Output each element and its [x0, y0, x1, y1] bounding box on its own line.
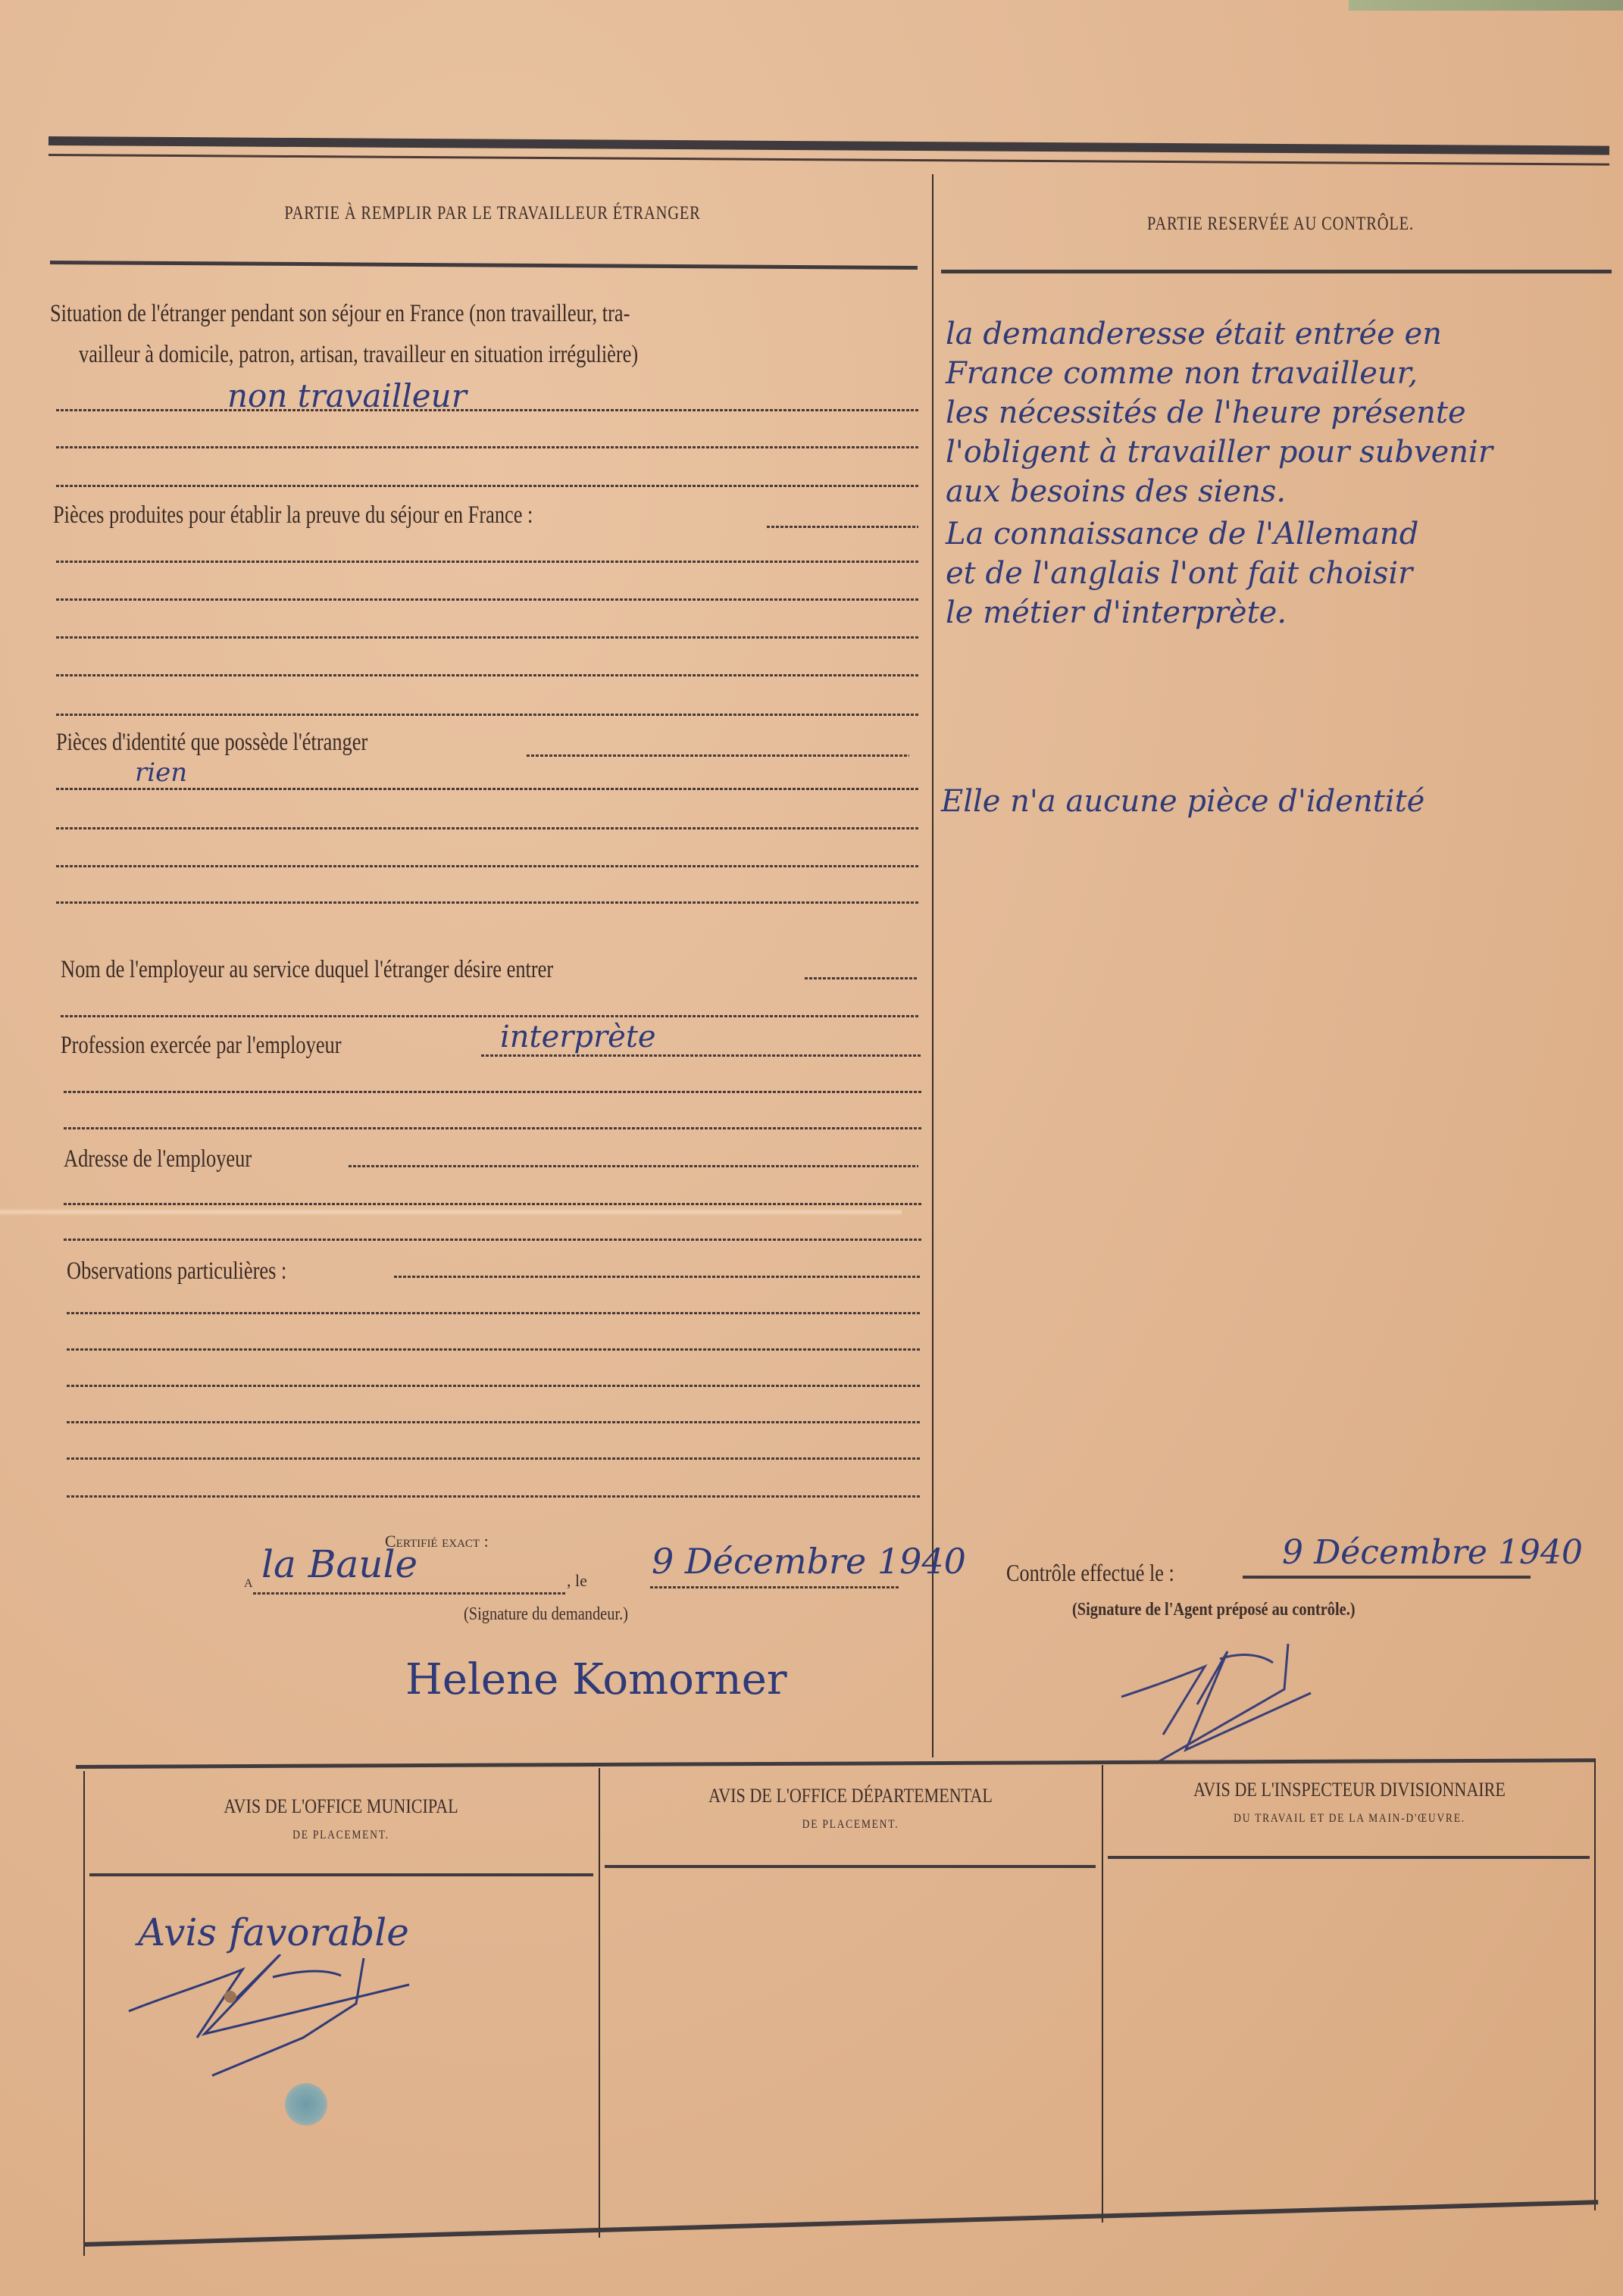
control-date-line [1243, 1576, 1531, 1579]
top-rule-thin [48, 154, 1609, 166]
certification-place[interactable]: la Baule [261, 1542, 417, 1586]
right-section-heading: PARTIE RESERVÉE AU CONTRÔLE. [1007, 214, 1554, 235]
box2-subtitle: DE PLACEMENT. [643, 1818, 1058, 1832]
profession-line-1 [64, 1091, 923, 1093]
observations-line-1 [67, 1312, 921, 1314]
situation-line-2 [56, 446, 920, 448]
agent-signature [1114, 1636, 1364, 1765]
observations-line-3 [67, 1385, 921, 1387]
blue-stain [285, 2083, 327, 2126]
pieces-identite-line-4 [56, 901, 920, 904]
box2-head-rule [605, 1865, 1096, 1868]
control-note-line: les nécessités de l'heure présente [946, 395, 1466, 430]
bottom-box-divider-1 [599, 1768, 600, 2238]
pieces-identite-line-3 [56, 865, 920, 867]
profession-value[interactable]: interprète [500, 1020, 656, 1054]
box3-head-rule [1108, 1856, 1590, 1859]
box1-title: AVIS DE L'OFFICE MUNICIPAL [224, 1795, 458, 1817]
profession-line-0 [481, 1054, 921, 1057]
pieces-sejour-line-5 [56, 714, 920, 716]
observations-label: Observations particulières : [67, 1257, 286, 1285]
background-folder-edge [1349, 0, 1623, 11]
bottom-box-divider-2 [1102, 1765, 1103, 2223]
control-note-line: France comme non travailleur, [946, 356, 1418, 391]
pieces-sejour-label: Pièces produites pour établir la preuve … [53, 501, 533, 529]
left-section-heading: PARTIE À REMPLIR PAR LE TRAVAILLEUR ÉTRA… [151, 203, 834, 224]
adresse-label: Adresse de l'employeur [64, 1145, 252, 1173]
bottom-box-top [76, 1758, 1596, 1769]
pieces-identite-line-1 [56, 788, 920, 790]
pieces-sejour-line-2 [56, 598, 920, 601]
control-note-line: le métier d'interprète. [946, 595, 1287, 630]
observations-line-0 [394, 1276, 920, 1278]
demandeur-signature-caption: (Signature du demandeur.) [464, 1604, 628, 1625]
situation-label-line2: vailleur à domicile, patron, artisan, tr… [79, 341, 638, 369]
box1-subtitle: DE PLACEMENT. [129, 1829, 554, 1842]
box1-content: Avis favorable [138, 1910, 409, 1954]
certification-date[interactable]: 9 Décembre 1940 [652, 1541, 966, 1582]
control-note-line: aux besoins des siens. [946, 474, 1286, 509]
control-label: Contrôle effectué le : [1006, 1559, 1174, 1587]
bottom-box-bottom [83, 2200, 1598, 2247]
pieces-identite-line-2 [56, 827, 920, 829]
box3-title: AVIS DE L'INSPECTEUR DIVISIONNAIRE [1193, 1779, 1506, 1801]
nom-employeur-label: Nom de l'employeur au service duquel l'é… [61, 956, 553, 984]
profession-line-2 [64, 1127, 923, 1129]
adresse-line-1 [64, 1203, 923, 1205]
identity-note: Elle n'a aucune pièce d'identité [941, 784, 1424, 819]
bottom-box-right [1594, 1759, 1596, 2210]
control-date[interactable]: 9 Décembre 1940 [1282, 1533, 1583, 1572]
box1-heading: AVIS DE L'OFFICE MUNICIPAL DE PLACEMENT. [129, 1795, 554, 1842]
observations-line-5 [67, 1457, 921, 1460]
place-line [253, 1592, 567, 1595]
pieces-identite-value[interactable]: rien [135, 758, 187, 788]
date-line [650, 1586, 900, 1588]
pieces-sejour-line-1 [56, 561, 920, 563]
demandeur-signature: Helene Komorner [405, 1655, 787, 1704]
paper-fold-crease [0, 1208, 902, 1216]
pieces-sejour-line-0 [767, 526, 918, 528]
pieces-identite-label: Pièces d'identité que possède l'étranger [56, 729, 367, 757]
control-note-line: La connaissance de l'Allemand [946, 517, 1418, 551]
adresse-line-2 [64, 1239, 923, 1241]
ink-spot [224, 1991, 236, 2003]
profession-label: Profession exercée par l'employeur [61, 1032, 342, 1060]
right-heading-rule [941, 270, 1612, 273]
bottom-box-left [83, 1771, 85, 2256]
nom-employeur-line-1 [61, 1015, 920, 1017]
municipal-signature [121, 1954, 455, 2106]
observations-line-6 [67, 1495, 921, 1498]
nom-employeur-line-0 [805, 977, 918, 979]
situation-label-line1: Situation de l'étranger pendant son séjo… [50, 300, 630, 328]
pieces-sejour-line-3 [56, 636, 920, 639]
box2-title: AVIS DE L'OFFICE DÉPARTEMENTAL [708, 1785, 993, 1807]
box2-heading: AVIS DE L'OFFICE DÉPARTEMENTAL DE PLACEM… [643, 1785, 1058, 1832]
box1-head-rule [89, 1873, 593, 1876]
pieces-sejour-line-4 [56, 674, 920, 676]
adresse-line-0 [349, 1165, 918, 1167]
box3-heading: AVIS DE L'INSPECTEUR DIVISIONNAIRE DU TR… [1146, 1779, 1554, 1826]
situation-line-1 [56, 409, 920, 411]
a-label: A [244, 1577, 253, 1591]
control-note-line: l'obligent à travailler pour subvenir [946, 435, 1493, 470]
column-divider [932, 174, 933, 1757]
top-rule [48, 136, 1609, 155]
situation-line-3 [56, 485, 920, 487]
control-note-line: et de l'anglais l'ont fait choisir [946, 556, 1412, 591]
le-label: , le [567, 1571, 587, 1591]
pieces-identite-line-0 [527, 754, 909, 757]
observations-line-2 [67, 1348, 921, 1351]
observations-line-4 [67, 1421, 921, 1423]
box3-subtitle: DU TRAVAIL ET DE LA MAIN-D'ŒUVRE. [1146, 1812, 1554, 1826]
control-note-line: la demanderesse était entrée en [946, 317, 1442, 351]
agent-signature-caption: (Signature de l'Agent préposé au contrôl… [1072, 1600, 1356, 1620]
left-heading-rule [50, 261, 918, 270]
